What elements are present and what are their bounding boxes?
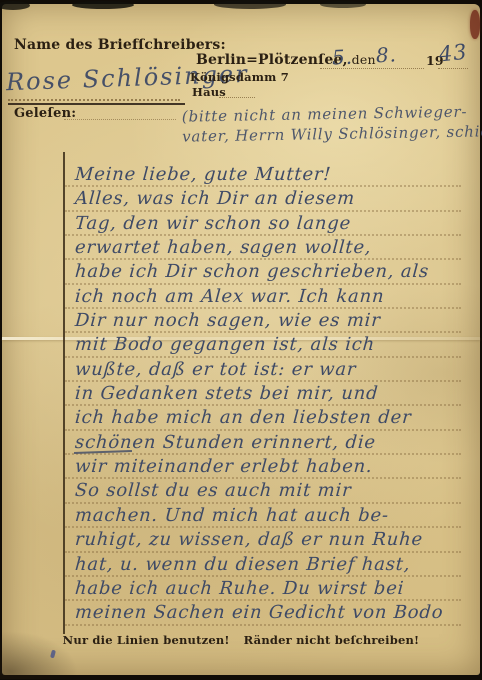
- letter-line: ich habe mich an den liebsten der: [65, 406, 461, 430]
- letter-line: hat, u. wenn du diesen Brief hast,: [65, 553, 461, 577]
- letter-scan: Name des Briefſchreibers: Rose Schlösing…: [0, 0, 482, 680]
- letter-line: mit Bodo gegangen ist, als ich: [65, 333, 461, 357]
- letter-line: So sollst du es auch mit mir: [65, 479, 461, 503]
- footer-instruction: Nur die Linien benutzen!Ränder nicht beſ…: [2, 633, 480, 647]
- forwarding-annotation: (bitte nicht an meinen Schwieger- vater,…: [182, 101, 482, 146]
- name-underline: [8, 103, 185, 105]
- gelesen-dotted-line: [64, 119, 176, 120]
- letter-body: Meine liebe, gute Mutter! Alles, was ich…: [65, 163, 461, 626]
- name-of-writer-label: Name des Briefſchreibers:: [14, 37, 226, 53]
- letter-paper: Name des Briefſchreibers: Rose Schlösing…: [2, 4, 480, 675]
- year-handwritten: 43: [438, 40, 469, 67]
- letter-line: Meine liebe, gute Mutter!: [65, 163, 461, 187]
- letter-line: meinen Sachen ein Gedicht von Bodo: [65, 601, 461, 625]
- letter-line: wir miteinander erlebt haben.: [65, 455, 461, 479]
- letter-line: wußte, daß er tot ist: er war: [65, 358, 461, 382]
- place-label: Berlin=Plötzenſee,: [196, 52, 348, 68]
- date-day-month-handwritten: 5. 8.: [331, 42, 397, 69]
- footer-instruction-1: Nur die Linien benutzen!: [63, 633, 230, 647]
- year-dotted-line: [438, 68, 468, 69]
- letter-line: erwartet haben, sagen wollte,: [65, 236, 461, 260]
- letter-line: ruhigt, zu wissen, daß er nun Ruhe: [65, 528, 461, 552]
- torn-edge-mark: [214, 0, 286, 9]
- torn-edge-mark: [0, 1, 30, 10]
- haus-dotted-line: [219, 97, 255, 98]
- letter-line: habe ich Dir schon geschrieben, als: [65, 260, 461, 284]
- name-dotted-line: [8, 99, 180, 101]
- letter-line: Dir nur noch sagen, wie es mir: [65, 309, 461, 333]
- torn-edge-mark: [72, 1, 134, 9]
- footer-instruction-2: Ränder nicht beſchreiben!: [244, 633, 420, 647]
- letter-line: Alles, was ich Dir an diesem: [65, 187, 461, 211]
- letter-line: in Gedanken stets bei mir, und: [65, 382, 461, 406]
- letter-line: Tag, den wir schon so lange: [65, 212, 461, 236]
- letter-line: machen. Und mich hat auch be-: [65, 504, 461, 528]
- letter-line: ich noch am Alex war. Ich kann: [65, 285, 461, 309]
- address-line: Königsdamm 7: [190, 70, 289, 84]
- annotation-line: vater, Herrn Willy Schlösinger, schicken…: [182, 121, 482, 146]
- red-stain: [470, 10, 480, 39]
- torn-edge-mark: [320, 1, 366, 8]
- letter-line: habe ich auch Ruhe. Du wirst bei: [65, 577, 461, 601]
